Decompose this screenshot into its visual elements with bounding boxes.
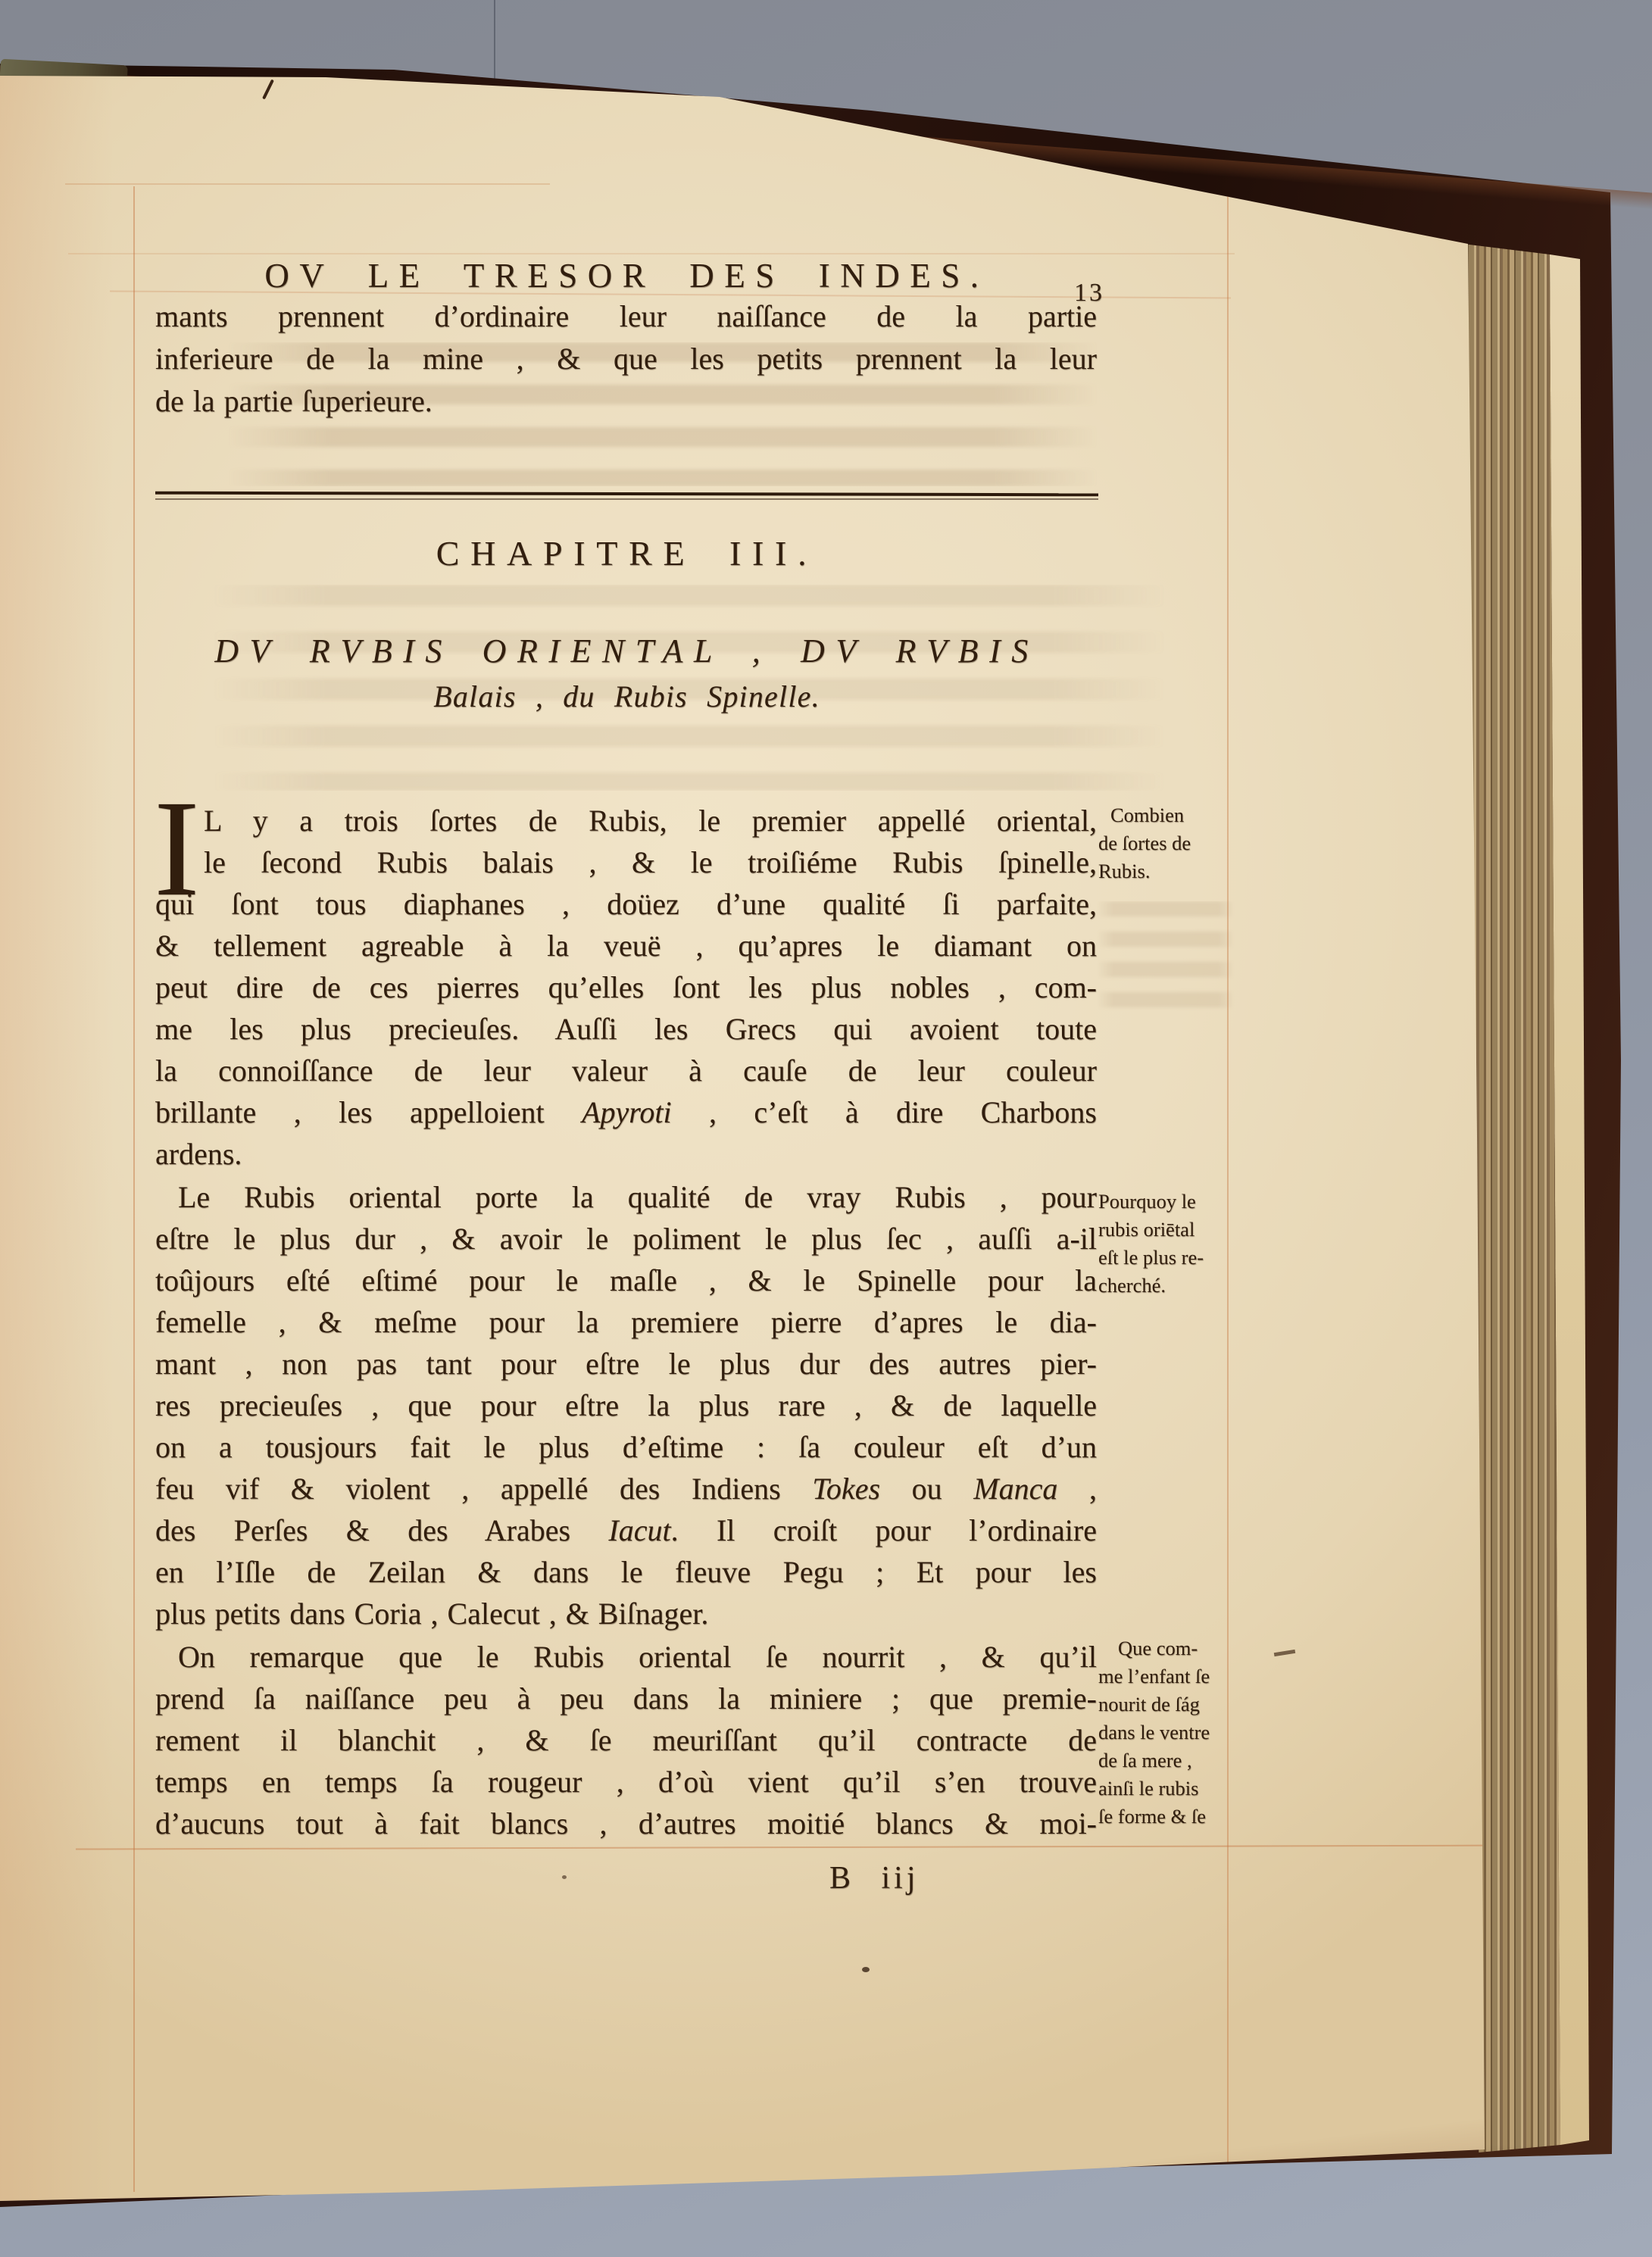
text-line: brillante , les appelloient Apyroti , c’… [155, 1091, 1097, 1133]
text-line: plus petits dans Coria , Calecut , & Biſ… [155, 1593, 1097, 1634]
text-line: On remarque que le Rubis oriental ſe nou… [155, 1636, 1097, 1678]
text-line: en l’Iſle de Zeilan & dans le fleuve Peg… [155, 1551, 1097, 1593]
margin-note-3: Que com-me l’enfant ſenourit de ſágdans … [1098, 1634, 1235, 1831]
text-line: femelle , & meſme pour la premiere pierr… [155, 1301, 1097, 1343]
text-line: de la partie ſuperieure. [155, 380, 1097, 423]
intro-paragraph: mants prennent d’ordinaire leur naiſſanc… [155, 295, 1097, 423]
chapter-heading: CHAPITRE III. [155, 533, 1098, 573]
text-line: des Perſes & des Arabes Iacut. Il croiſt… [155, 1509, 1097, 1551]
note-line: nourit de ſág [1098, 1690, 1235, 1719]
ruled-line-right [1227, 194, 1229, 2163]
section-rule [155, 492, 1098, 497]
ruled-line-bottom [76, 1844, 1551, 1850]
show-through-text [1097, 901, 1235, 1015]
text-line: d’aucuns tout à fait blancs , d’autres m… [155, 1803, 1097, 1844]
signature-mark: B iij [829, 1860, 920, 1896]
text-line: ardens. [155, 1133, 1097, 1175]
note-line: Rubis. [1098, 857, 1235, 885]
text-line: on a tousjours fait le plus d’eſtime : ſ… [155, 1426, 1097, 1468]
note-line: de ſortes de [1098, 829, 1235, 857]
text-line: res precieuſes , que pour eſtre la plus … [155, 1384, 1097, 1426]
text-line: prend ſa naiſſance peu à peu dans la min… [155, 1678, 1097, 1719]
note-line: eſt le plus re- [1098, 1244, 1235, 1272]
paper-speck [562, 1875, 567, 1879]
chapter-subtitle-line1: DV RVBIS ORIENTAL , DV RVBIS [155, 632, 1098, 670]
note-line: Combien [1098, 801, 1235, 829]
ruled-line-top [65, 183, 550, 185]
text-line: temps en temps ſa rougeur , d’où vient q… [155, 1761, 1097, 1803]
text-line: me les plus precieuſes. Auſſi les Grecs … [155, 1008, 1097, 1050]
chapter-subtitle-line2: Balais , du Rubis Spinelle. [155, 679, 1098, 714]
text-line: mants prennent d’ordinaire leur naiſſanc… [155, 295, 1097, 338]
text-line: toûjours eſté eſtimé pour le maſle , & l… [155, 1260, 1097, 1301]
text-line: eſtre le plus dur , & avoir le poliment … [155, 1218, 1097, 1260]
text-line: inferieure de la mine , & que les petits… [155, 338, 1097, 380]
photo-backdrop: OV LE TRESOR DES INDES. 13 mants prennen… [0, 0, 1652, 2257]
text-line: peut dire de ces pierres qu’elles ſont l… [155, 966, 1097, 1008]
section-rule-echo [155, 498, 1098, 500]
book-page: OV LE TRESOR DES INDES. 13 mants prennen… [0, 0, 1652, 2257]
note-line: de ſa mere , [1098, 1747, 1235, 1775]
margin-dash [1274, 1650, 1295, 1656]
text-line: qui ſont tous diaphanes , doüez d’une qu… [155, 883, 1097, 925]
text-line: mant , non pas tant pour eſtre le plus d… [155, 1343, 1097, 1384]
text-line: feu vif & violent , appellé des Indiens … [155, 1468, 1097, 1509]
paper-speck [862, 1967, 870, 1972]
note-line: me l’enfant ſe [1098, 1662, 1235, 1690]
text-line: le ſecond Rubis balais , & le troiſiéme … [204, 841, 1097, 883]
paper-speck [262, 80, 274, 100]
note-line: cherché. [1098, 1272, 1235, 1300]
note-line: rubis oriētal [1098, 1216, 1235, 1244]
text-line: & tellement agreable à la veuë , qu’apre… [155, 925, 1097, 966]
text-line: L y a trois ſortes de Rubis, le premier … [204, 800, 1097, 841]
ruled-line-left [133, 186, 135, 2192]
text-line: Le Rubis oriental porte la qualité de vr… [155, 1176, 1097, 1218]
ruled-line-head-top [68, 253, 1235, 254]
running-head: OV LE TRESOR DES INDES. [155, 256, 1098, 295]
note-line: Que com- [1098, 1634, 1235, 1662]
text-line: la connoiſſance de leur valeur à cauſe d… [155, 1050, 1097, 1091]
note-line: ſe forme & ſe [1098, 1803, 1235, 1831]
note-line: Pourquoy le [1098, 1188, 1235, 1216]
note-line: dans le ventre [1098, 1719, 1235, 1747]
margin-note-2: Pourquoy lerubis oriētaleſt le plus re-c… [1098, 1188, 1235, 1300]
margin-note-1: Combiende ſortes deRubis. [1098, 801, 1235, 885]
body-paragraph-1: L y a trois ſortes de Rubis, le premier … [155, 800, 1097, 1175]
body-paragraph-2: Le Rubis oriental porte la qualité de vr… [155, 1176, 1097, 1634]
note-line: ainſi le rubis [1098, 1775, 1235, 1803]
text-line: rement il blanchit , & ſe meuriſſant qu’… [155, 1719, 1097, 1761]
body-paragraph-3: On remarque que le Rubis oriental ſe nou… [155, 1636, 1097, 1844]
